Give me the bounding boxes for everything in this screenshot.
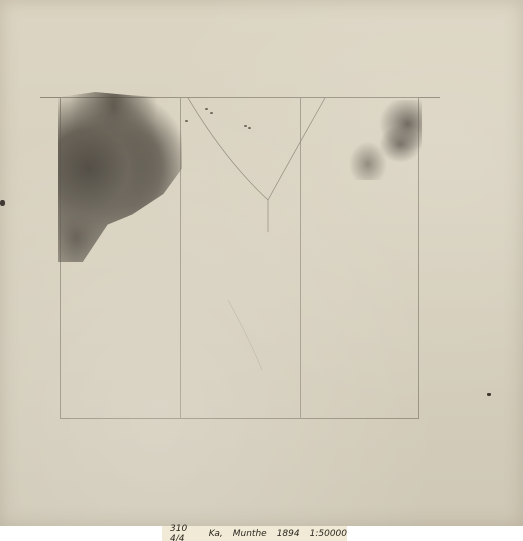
- grid-divider-1: [180, 97, 181, 419]
- map-scale: 1:50000: [310, 529, 347, 539]
- top-graticule-line: [40, 97, 440, 98]
- author-name: Munthe: [233, 529, 267, 539]
- survey-year: 1894: [277, 529, 300, 539]
- islet: [210, 112, 213, 114]
- sheet-label-strip: 310 4/4 Ka, Munthe 1894 1:50000: [162, 526, 347, 541]
- map-frame: [60, 97, 419, 419]
- islet: [248, 127, 251, 129]
- islet: [205, 108, 208, 110]
- boundary-lines: [0, 0, 523, 526]
- ink-spot: [487, 393, 491, 396]
- grid-divider-2: [300, 97, 301, 419]
- map-sheet: [0, 0, 523, 526]
- sheet-number: 310 4/4: [170, 524, 199, 541]
- islet: [185, 120, 188, 122]
- terrain-relief-northwest: [58, 92, 182, 262]
- islet: [244, 125, 247, 127]
- region-code: Ka,: [209, 529, 223, 539]
- island-cluster-northeast: [350, 100, 422, 180]
- ink-spot: [0, 200, 5, 206]
